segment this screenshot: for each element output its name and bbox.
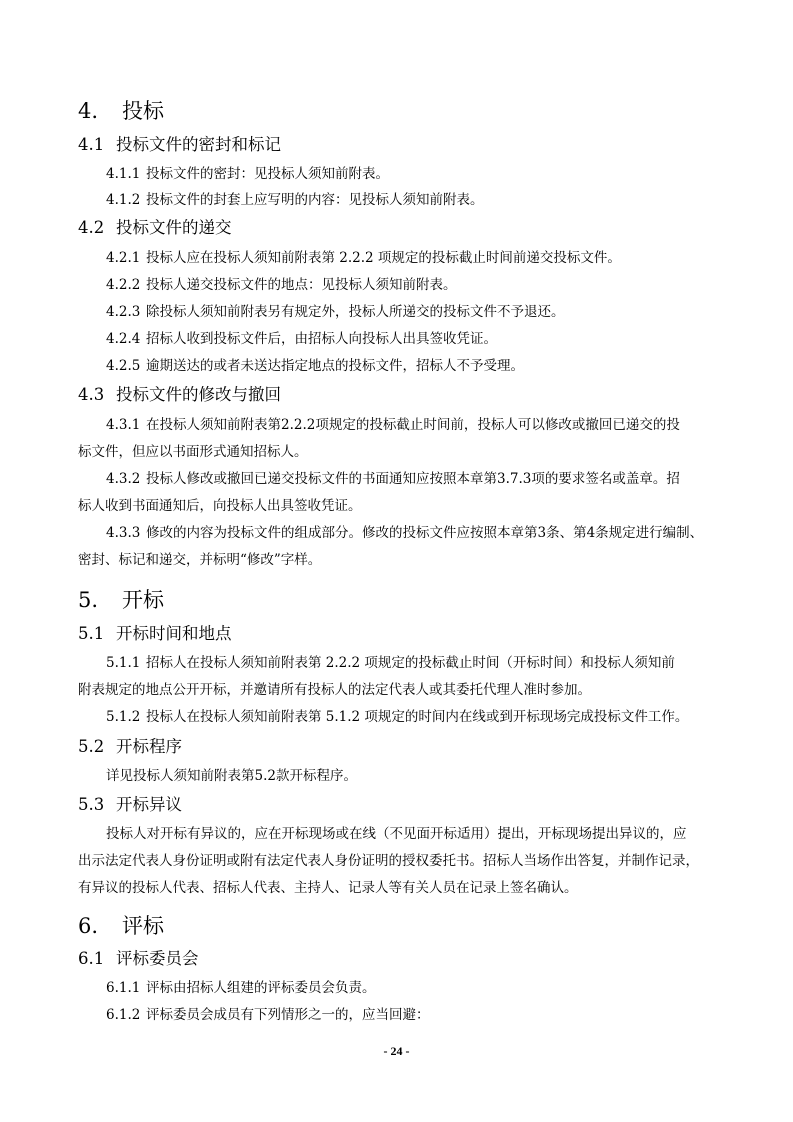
subsection-heading: 5.2开标程序 xyxy=(78,733,182,757)
subsection-title: 开标程序 xyxy=(116,737,182,756)
clause: 5.1.2投标人在投标人须知前附表第 5.1.2 项规定的时间内在线或到开标现场… xyxy=(106,705,688,725)
clause-number: 4.3.3 xyxy=(106,525,146,541)
clause-text: 招标人收到投标文件后，由招标人向投标人出具签收凭证。 xyxy=(146,331,497,347)
clause-number: 6.1.2 xyxy=(106,1007,146,1023)
clause-number: 4.3.1 xyxy=(106,417,146,433)
clause-number: 4.2.4 xyxy=(106,331,146,347)
subsection-heading: 5.3开标异议 xyxy=(78,791,182,815)
clause-number: 5.1.1 xyxy=(106,655,146,671)
document-page: 4.投标 4.1投标文件的密封和标记 4.1.1投标文件的密封：见投标人须知前附… xyxy=(0,0,793,1122)
subsection-heading: 4.2投标文件的递交 xyxy=(78,214,232,238)
clause-text: 投标人递交投标文件的地点：见投标人须知前附表。 xyxy=(146,277,457,293)
clause: 4.3.2投标人修改或撤回已递交投标文件的书面通知应按照本章第3.7.3项的要求… xyxy=(106,467,680,487)
paragraph-line: 出示法定代表人身份证明或附有法定代表人身份证明的授权委托书。招标人当场作出答复，… xyxy=(78,849,699,869)
clause: 4.3.3修改的内容为投标文件的组成部分。修改的投标文件应按照本章第3条、第4条… xyxy=(106,521,703,541)
clause-number: 4.2.5 xyxy=(106,358,146,374)
clause-number: 4.2.2 xyxy=(106,277,146,293)
paragraph: 详见投标人须知前附表第5.2款开标程序。 xyxy=(106,764,357,784)
clause: 4.2.4招标人收到投标文件后，由招标人向投标人出具签收凭证。 xyxy=(106,327,497,347)
clause-text: 招标人在投标人须知前附表第 2.2.2 项规定的投标截止时间（开标时间）和投标人… xyxy=(146,655,675,671)
section-title: 评标 xyxy=(122,914,164,938)
clause-number: 6.1.1 xyxy=(106,980,146,996)
clause: 4.1.1投标文件的密封：见投标人须知前附表。 xyxy=(106,162,389,182)
page-number: - 24 - xyxy=(0,1044,793,1059)
clause: 5.1.1招标人在投标人须知前附表第 2.2.2 项规定的投标截止时间（开标时间… xyxy=(106,651,675,671)
section-number: 5. xyxy=(78,588,122,612)
clause-number: 4.2.3 xyxy=(106,304,146,320)
clause-continuation: 标文件，但应以书面形式通知招标人。 xyxy=(78,440,308,460)
paragraph-line: 投标人对开标有异议的，应在开标现场或在线（不见面开标适用）提出，开标现场提出异议… xyxy=(106,822,687,842)
clause: 4.1.2投标文件的封套上应写明的内容：见投标人须知前附表。 xyxy=(106,188,484,208)
clause-text: 投标文件的封套上应写明的内容：见投标人须知前附表。 xyxy=(146,192,484,208)
clause: 6.1.2评标委员会成员有下列情形之一的，应当回避： xyxy=(106,1003,430,1023)
section-title: 投标 xyxy=(122,99,164,123)
clause-text: 除投标人须知前附表另有规定外，投标人所递交的投标文件不予退还。 xyxy=(146,304,565,320)
clause-continuation: 密封、标记和递交，并标明“修改”字样。 xyxy=(78,548,321,568)
clause: 4.2.2投标人递交投标文件的地点：见投标人须知前附表。 xyxy=(106,273,457,293)
clause-number: 4.1.1 xyxy=(106,166,146,182)
clause: 4.2.1投标人应在投标人须知前附表第 2.2.2 项规定的投标截止时间前递交投… xyxy=(106,246,621,266)
subsection-heading: 4.3投标文件的修改与撤回 xyxy=(78,381,281,405)
section-heading: 5.开标 xyxy=(78,584,164,614)
clause-number: 4.3.2 xyxy=(106,471,146,487)
section-number: 6. xyxy=(78,914,122,938)
subsection-heading: 4.1投标文件的密封和标记 xyxy=(78,131,281,155)
clause: 6.1.1评标由招标人组建的评标委员会负责。 xyxy=(106,976,376,996)
clause-text: 投标人应在投标人须知前附表第 2.2.2 项规定的投标截止时间前递交投标文件。 xyxy=(146,250,621,266)
clause: 4.2.5逾期送达的或者未送达指定地点的投标文件，招标人不予受理。 xyxy=(106,354,524,374)
subsection-title: 投标文件的递交 xyxy=(116,218,232,237)
clause-number: 4.2.1 xyxy=(106,250,146,266)
clause: 4.2.3除投标人须知前附表另有规定外，投标人所递交的投标文件不予退还。 xyxy=(106,300,565,320)
section-heading: 6.评标 xyxy=(78,910,164,940)
clause-text: 投标人在投标人须知前附表第 5.1.2 项规定的时间内在线或到开标现场完成投标文… xyxy=(146,709,688,725)
subsection-title: 开标异议 xyxy=(116,795,182,814)
clause-number: 5.1.2 xyxy=(106,709,146,725)
clause-number: 4.1.2 xyxy=(106,192,146,208)
subsection-heading: 6.1评标委员会 xyxy=(78,945,199,969)
subsection-number: 5.3 xyxy=(78,795,116,814)
clause-continuation: 标人收到书面通知后，向投标人出具签收凭证。 xyxy=(78,494,362,514)
subsection-number: 4.3 xyxy=(78,385,116,404)
clause-text: 逾期送达的或者未送达指定地点的投标文件，招标人不予受理。 xyxy=(146,358,524,374)
clause-text: 评标由招标人组建的评标委员会负责。 xyxy=(146,980,376,996)
section-heading: 4.投标 xyxy=(78,95,164,125)
subsection-heading: 5.1开标时间和地点 xyxy=(78,620,232,644)
subsection-number: 6.1 xyxy=(78,949,116,968)
section-title: 开标 xyxy=(122,588,164,612)
subsection-number: 4.1 xyxy=(78,135,116,154)
clause-text: 在投标人须知前附表第2.2.2项规定的投标截止时间前，投标人可以修改或撤回已递交… xyxy=(146,417,680,433)
subsection-number: 5.1 xyxy=(78,624,116,643)
clause-text: 投标文件的密封：见投标人须知前附表。 xyxy=(146,166,389,182)
subsection-number: 4.2 xyxy=(78,218,116,237)
clause: 4.3.1在投标人须知前附表第2.2.2项规定的投标截止时间前，投标人可以修改或… xyxy=(106,413,680,433)
subsection-title: 评标委员会 xyxy=(116,949,199,968)
subsection-title: 开标时间和地点 xyxy=(116,624,232,643)
clause-text: 投标人修改或撤回已递交投标文件的书面通知应按照本章第3.7.3项的要求签名或盖章… xyxy=(146,471,680,487)
subsection-title: 投标文件的修改与撤回 xyxy=(116,385,281,404)
clause-continuation: 附表规定的地点公开开标，并邀请所有投标人的法定代表人或其委托代理人准时参加。 xyxy=(78,678,591,698)
clause-text: 评标委员会成员有下列情形之一的，应当回避： xyxy=(146,1007,430,1023)
paragraph-line: 有异议的投标人代表、招标人代表、主持人、记录人等有关人员在记录上签名确认。 xyxy=(78,876,578,896)
section-number: 4. xyxy=(78,99,122,123)
subsection-number: 5.2 xyxy=(78,737,116,756)
subsection-title: 投标文件的密封和标记 xyxy=(116,135,281,154)
clause-text: 修改的内容为投标文件的组成部分。修改的投标文件应按照本章第3条、第4条规定进行编… xyxy=(146,525,703,541)
